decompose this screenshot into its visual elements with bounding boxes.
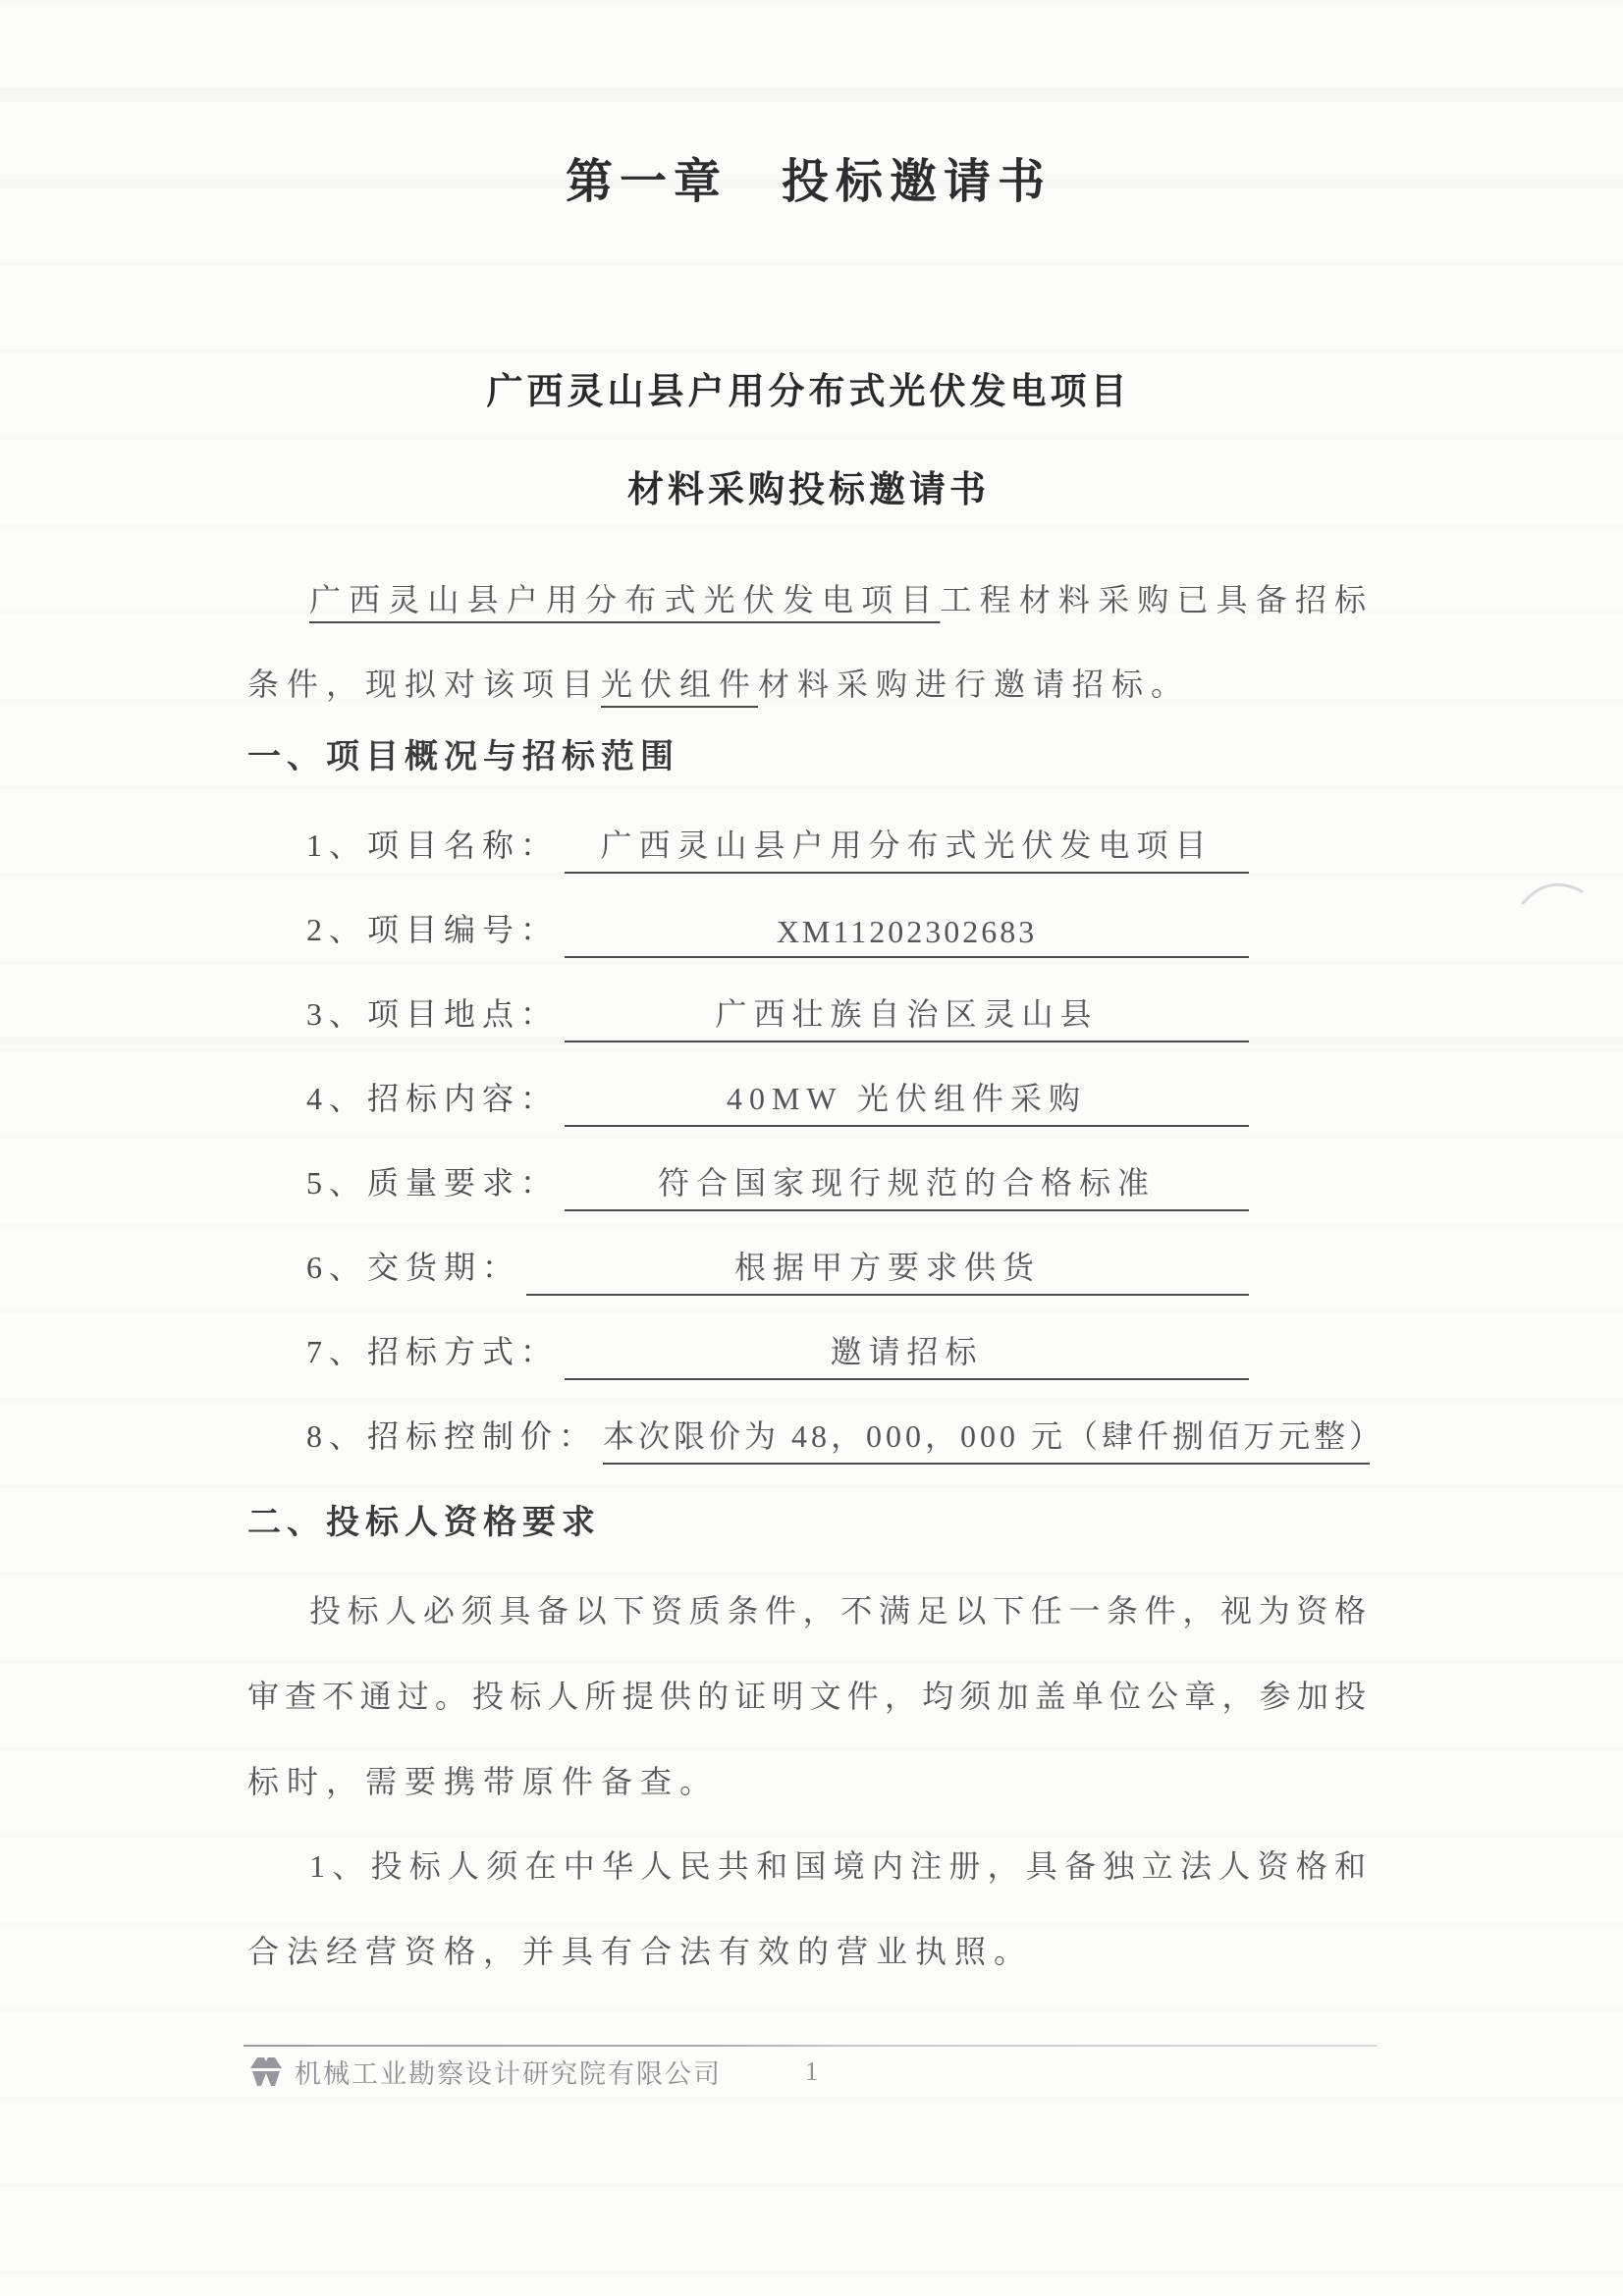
field-value: 本次限价为 48，000，000 元（肆仟捌佰万元整） bbox=[603, 1412, 1370, 1465]
row-bid-method: 7、招标方式：邀请招标 bbox=[247, 1296, 1370, 1380]
document-page: 第一章 投标邀请书 广西灵山县户用分布式光伏发电项目 材料采购投标邀请书 广西灵… bbox=[0, 0, 1623, 2296]
qualification-item-1: 1、投标人须在中华人民共和国境内注册，具备独立法人资格和 合法经营资格，并具有合… bbox=[247, 1824, 1370, 1995]
document-subtitle: 材料采购投标邀请书 bbox=[247, 469, 1370, 510]
field-label: 6、交货期： bbox=[247, 1243, 520, 1296]
intro-text: 条件，现拟对该项目 bbox=[247, 667, 601, 702]
field-label: 1、项目名称： bbox=[247, 821, 559, 874]
paragraph-line: 合法经营资格，并具有合法有效的营业执照。 bbox=[247, 1909, 1370, 1995]
underlined-material: 光伏组件 bbox=[601, 667, 758, 702]
section-1-heading: 一、项目概况与招标范围 bbox=[247, 738, 1370, 777]
field-value: 广西灵山县户用分布式光伏发电项目 bbox=[565, 821, 1249, 874]
field-label: 3、项目地点： bbox=[247, 989, 559, 1042]
row-project-name: 1、项目名称：广西灵山县户用分布式光伏发电项目 bbox=[247, 789, 1370, 874]
section-2-heading: 二、投标人资格要求 bbox=[247, 1504, 1370, 1543]
row-quality-requirement: 5、质量要求：符合国家现行规范的合格标准 bbox=[247, 1127, 1370, 1211]
paragraph-line: 投标人必须具备以下资质条件，不满足以下任一条件，视为资格 bbox=[247, 1569, 1370, 1654]
row-bid-control-price: 8、招标控制价：本次限价为 48，000，000 元（肆仟捌佰万元整） bbox=[247, 1380, 1370, 1465]
intro-text: 材料采购进行邀请招标。 bbox=[758, 667, 1190, 702]
field-value: 广西壮族自治区灵山县 bbox=[565, 989, 1249, 1042]
project-subtitle: 广西灵山县户用分布式光伏发电项目 bbox=[247, 371, 1370, 412]
chapter-title: 第一章 投标邀请书 bbox=[247, 155, 1370, 210]
underlined-project-name: 广西灵山县户用分布式光伏发电项目 bbox=[309, 582, 940, 617]
scan-artifact-mark bbox=[1517, 870, 1591, 914]
intro-line-2: 条件，现拟对该项目光伏组件材料采购进行邀请招标。 bbox=[247, 642, 1370, 726]
paragraph-line: 1、投标人须在中华人民共和国境内注册，具备独立法人资格和 bbox=[247, 1824, 1370, 1909]
field-value: 40MW 光伏组件采购 bbox=[565, 1074, 1249, 1127]
qualification-paragraph: 投标人必须具备以下资质条件，不满足以下任一条件，视为资格 审查不通过。投标人所提… bbox=[247, 1569, 1370, 1825]
intro-paragraph: 广西灵山县户用分布式光伏发电项目工程材料采购已具备招标 条件，现拟对该项目光伏组… bbox=[247, 558, 1370, 726]
field-value: 根据甲方要求供货 bbox=[526, 1243, 1249, 1296]
field-value: 邀请招标 bbox=[565, 1327, 1249, 1380]
project-overview-fields: 1、项目名称：广西灵山县户用分布式光伏发电项目 2、项目编号：XM1120230… bbox=[247, 789, 1370, 1465]
row-project-number: 2、项目编号：XM11202302683 bbox=[247, 874, 1370, 958]
paragraph-line: 审查不通过。投标人所提供的证明文件，均须加盖单位公章，参加投 bbox=[247, 1654, 1370, 1739]
row-delivery-period: 6、交货期：根据甲方要求供货 bbox=[247, 1211, 1370, 1296]
scan-band bbox=[0, 88, 1623, 102]
intro-line-1: 广西灵山县户用分布式光伏发电项目工程材料采购已具备招标 bbox=[247, 558, 1370, 642]
intro-text: 工程材料采购已具备招标 bbox=[940, 582, 1370, 617]
footer-divider bbox=[243, 2045, 1378, 2047]
paragraph-line: 标时，需要携带原件备查。 bbox=[247, 1739, 1370, 1825]
field-label: 2、项目编号： bbox=[247, 905, 559, 958]
row-project-location: 3、项目地点：广西壮族自治区灵山县 bbox=[247, 958, 1370, 1042]
field-label: 5、质量要求： bbox=[247, 1158, 559, 1211]
field-value: XM11202302683 bbox=[565, 914, 1249, 958]
row-bid-content: 4、招标内容：40MW 光伏组件采购 bbox=[247, 1042, 1370, 1127]
field-label: 8、招标控制价： bbox=[247, 1412, 597, 1465]
page-number: 1 bbox=[0, 2052, 1623, 2091]
field-label: 7、招标方式： bbox=[247, 1327, 559, 1380]
field-value: 符合国家现行规范的合格标准 bbox=[565, 1158, 1249, 1211]
field-label: 4、招标内容： bbox=[247, 1074, 559, 1127]
